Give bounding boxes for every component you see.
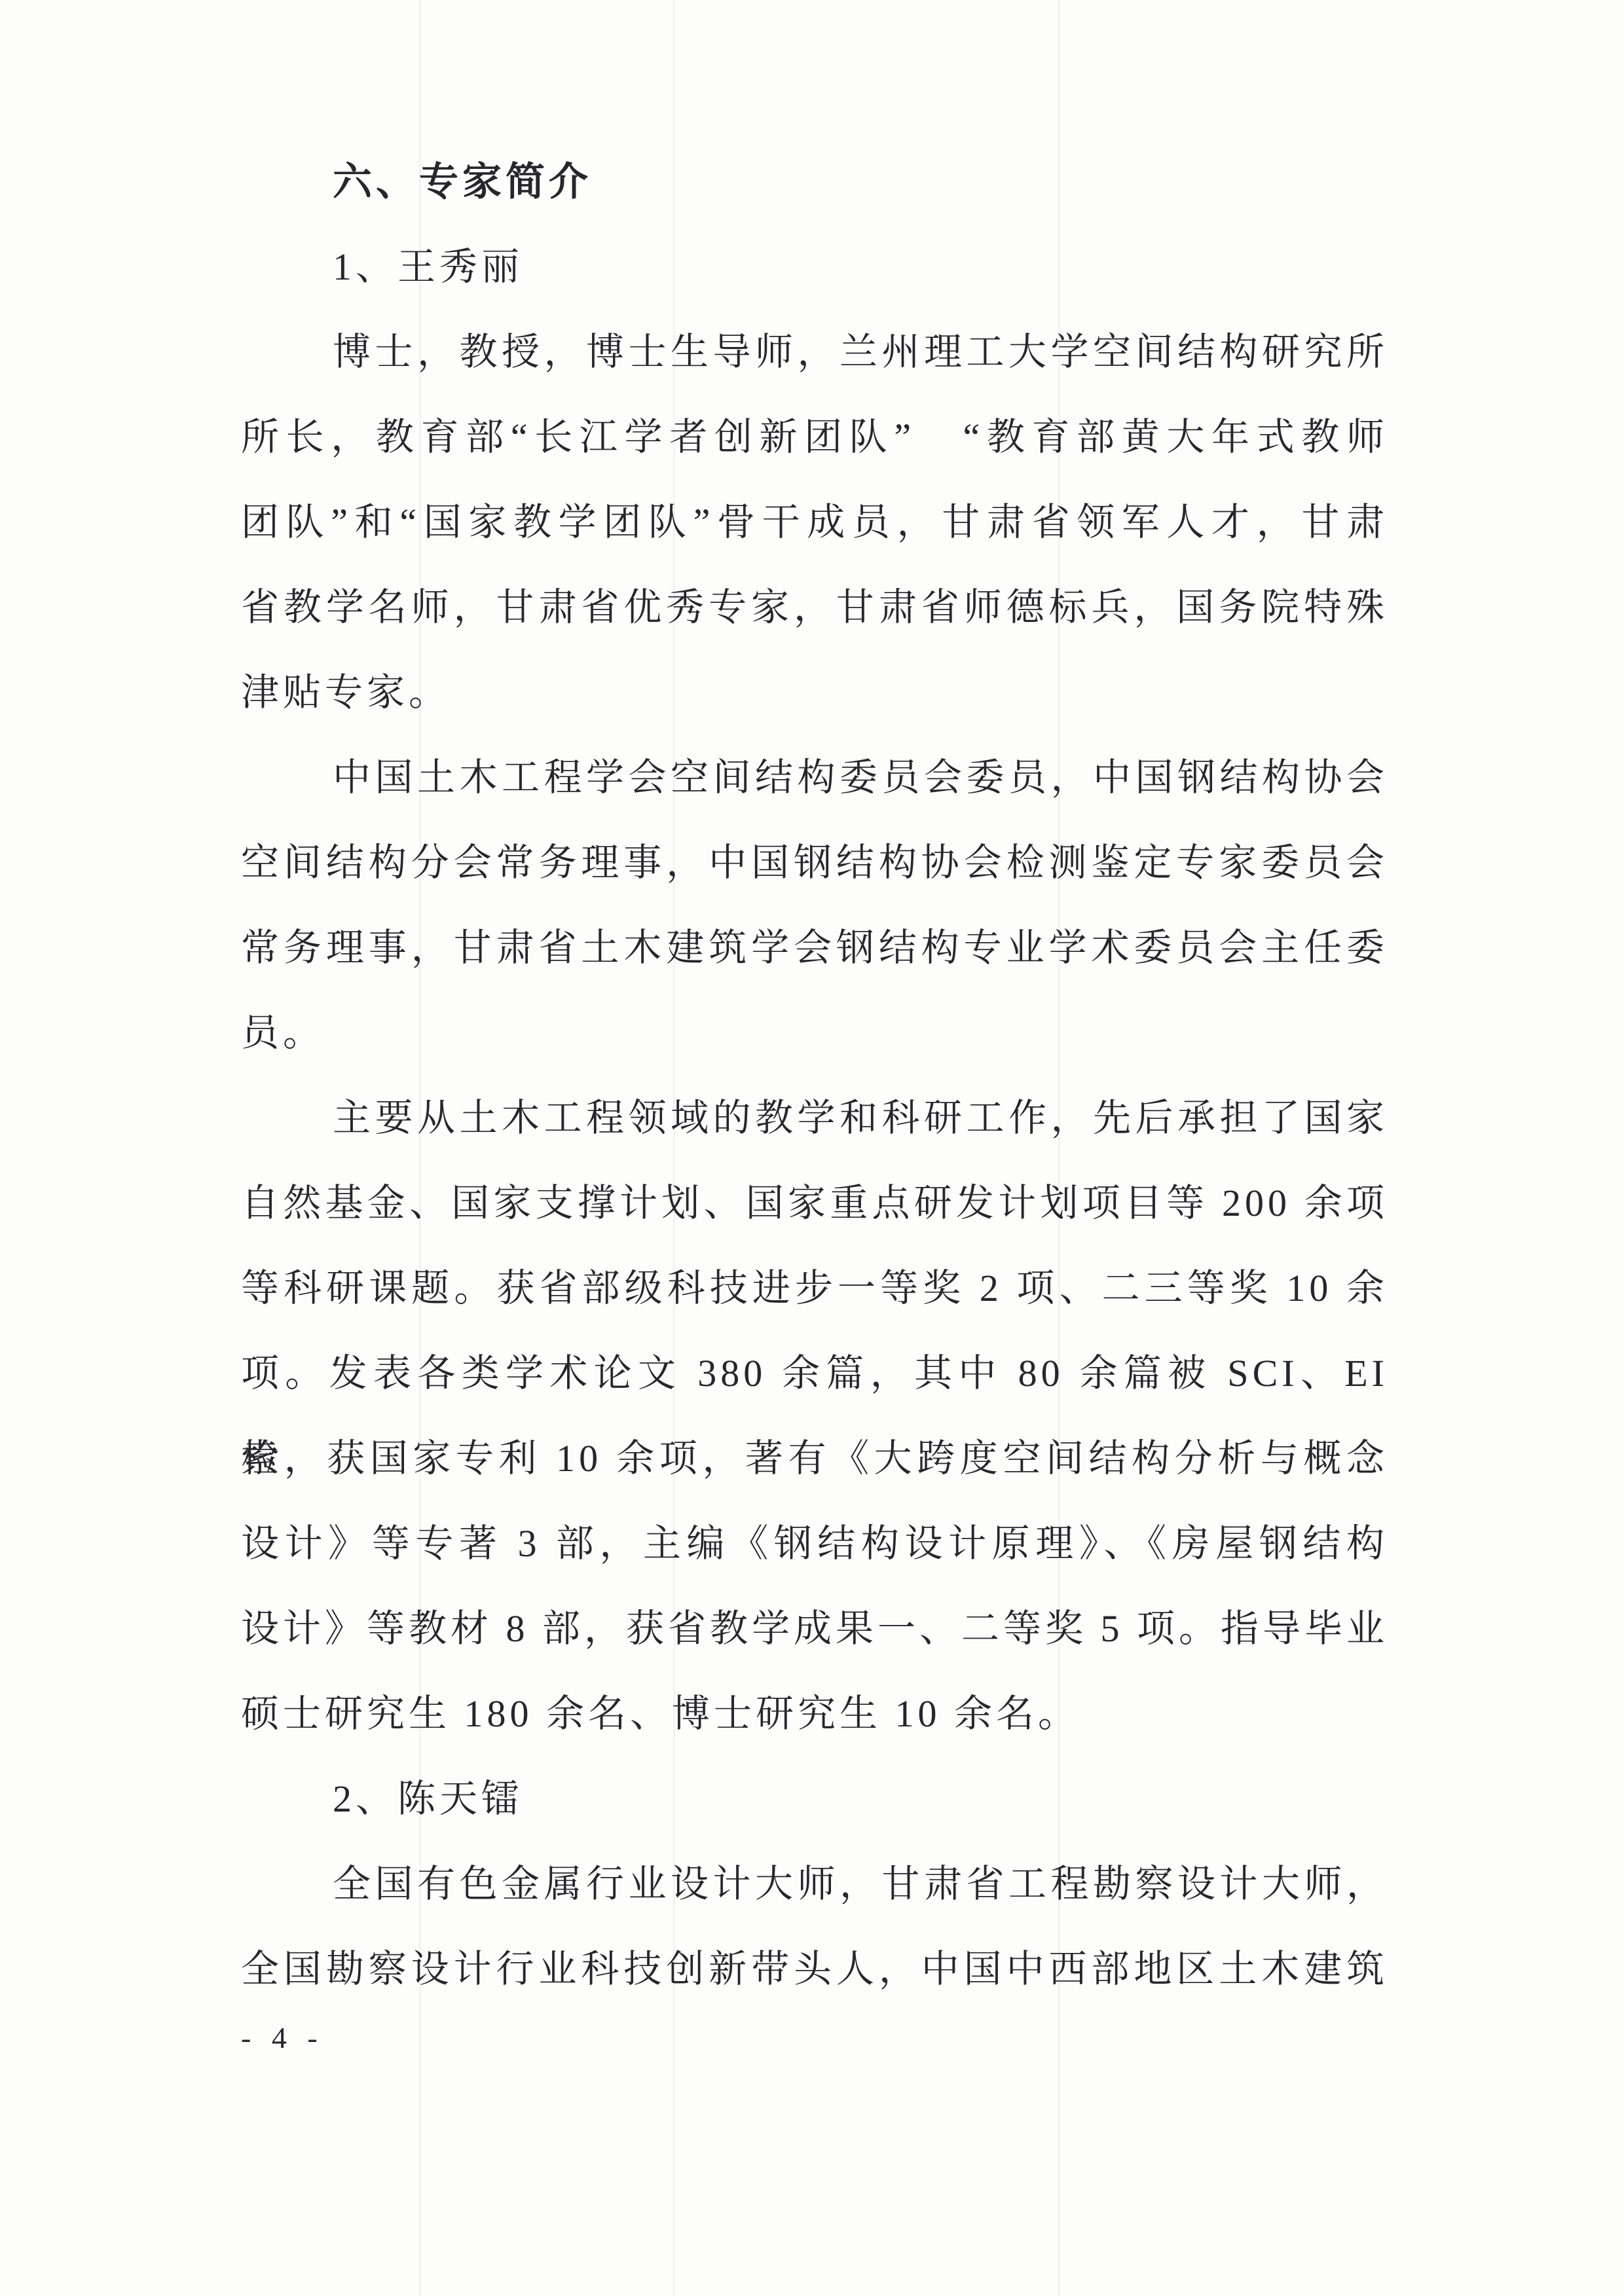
text-line: 设计》等教材 8 部，获省教学成果一、二等奖 5 项。指导毕业 [241,1586,1388,1671]
text-line: 员。 [241,991,1388,1076]
text-line: 常务理事，甘肃省土木建筑学会钢结构专业学术委员会主任委 [241,905,1388,991]
text-line: 省教学名师，甘肃省优秀专家，甘肃省师德标兵，国务院特殊 [241,565,1388,650]
document-body: 六、专家简介1、王秀丽博士，教授，博士生导师，兰州理工大学空间结构研究所所长，教… [241,139,1388,2012]
text-line: 自然基金、国家支撑计划、国家重点研发计划项目等 200 余项 [241,1161,1388,1246]
text-line: 全国勘察设计行业科技创新带头人，中国中西部地区土木建筑 [241,1927,1388,2012]
text-line: 项。发表各类学术论文 380 余篇，其中 80 余篇被 SCI、EI 检 [241,1331,1388,1416]
text-line: 索，获国家专利 10 余项，著有《大跨度空间结构分析与概念 [241,1416,1388,1501]
text-line: 硕士研究生 180 余名、博士研究生 10 余名。 [241,1671,1388,1757]
expert-item-heading: 1、王秀丽 [241,225,1388,310]
text-line: 主要从土木工程领域的教学和科研工作，先后承担了国家 [241,1076,1388,1161]
text-line: 全国有色金属行业设计大师，甘肃省工程勘察设计大师， [241,1842,1388,1927]
text-line: 等科研课题。获省部级科技进步一等奖 2 项、二三等奖 10 余 [241,1246,1388,1331]
text-line: 设计》等专著 3 部，主编《钢结构设计原理》、《房屋钢结构 [241,1501,1388,1586]
text-line: 空间结构分会常务理事，中国钢结构协会检测鉴定专家委员会 [241,820,1388,905]
expert-item-heading: 2、陈天镭 [241,1757,1388,1842]
text-line: 中国土木工程学会空间结构委员会委员，中国钢结构协会 [241,735,1388,820]
text-line: 所长，教育部“长江学者创新团队” “教育部黄大年式教师 [241,395,1388,480]
text-line: 博士，教授，博士生导师，兰州理工大学空间结构研究所 [241,310,1388,395]
section-heading: 六、专家简介 [241,139,1388,225]
document-page: 六、专家简介1、王秀丽博士，教授，博士生导师，兰州理工大学空间结构研究所所长，教… [0,0,1624,2296]
text-line: 团队”和“国家教学团队”骨干成员，甘肃省领军人才，甘肃 [241,480,1388,565]
text-line: 津贴专家。 [241,650,1388,735]
page-number: - 4 - [241,2015,324,2061]
